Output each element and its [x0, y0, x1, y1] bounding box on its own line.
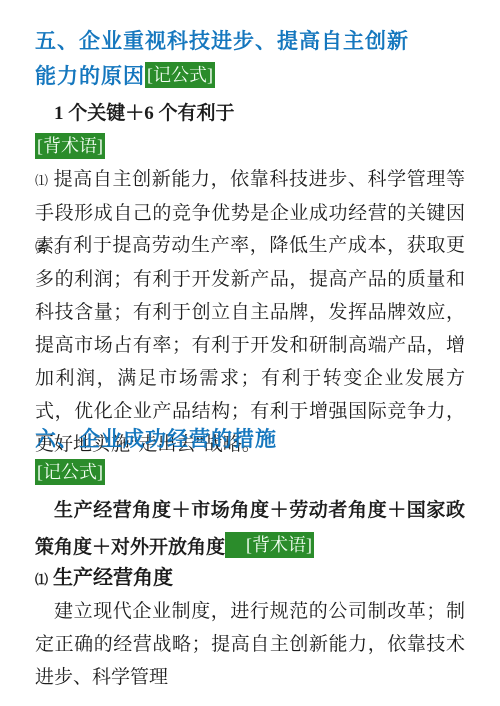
section5-terms-tag-row: [背术语]: [35, 133, 465, 159]
section6-formula-tag-row: [记公式]: [35, 459, 465, 485]
paragraph-2-text: 有利于提高劳动生产率，降低生产成本，获取更多的利润；有利于开发新产品，提高产品的…: [35, 235, 465, 455]
subheading-marker: ⑴: [35, 572, 53, 587]
section5-heading: 五、企业重视科技进步、提高自主创新 能力的原因[记公式]: [35, 24, 465, 94]
terms-tag-badge: [背术语]: [225, 532, 314, 558]
section5-heading-line1: 五、企业重视科技进步、提高自主创新: [35, 29, 409, 53]
subheading-text: 生产经营角度: [53, 567, 173, 589]
paragraph-1-marker: ⑴: [35, 173, 54, 188]
paragraph-2-marker: ⑵: [35, 239, 54, 254]
section6-formula: 生产经营角度＋市场角度＋劳动者角度＋国家政策角度＋对外开放角度[背术语]: [35, 492, 465, 566]
formula-tag-badge: [记公式]: [145, 62, 215, 88]
section6-subheading: ⑴生产经营角度: [35, 562, 465, 596]
section5-heading-line2: 能力的原因: [35, 64, 145, 88]
formula-tag-badge: [记公式]: [35, 459, 105, 485]
section5-formula: 1 个关键＋6 个有利于: [35, 97, 465, 130]
terms-tag-badge: [背术语]: [35, 133, 105, 159]
document-page: 五、企业重视科技进步、提高自主创新 能力的原因[记公式] 1 个关键＋6 个有利…: [0, 0, 500, 706]
section6-paragraph: 建立现代企业制度，进行规范的公司制改革；制定正确的经营战略；提高自主创新能力，依…: [35, 595, 465, 694]
section6-heading: 六、企业成功经营的措施: [35, 423, 465, 456]
